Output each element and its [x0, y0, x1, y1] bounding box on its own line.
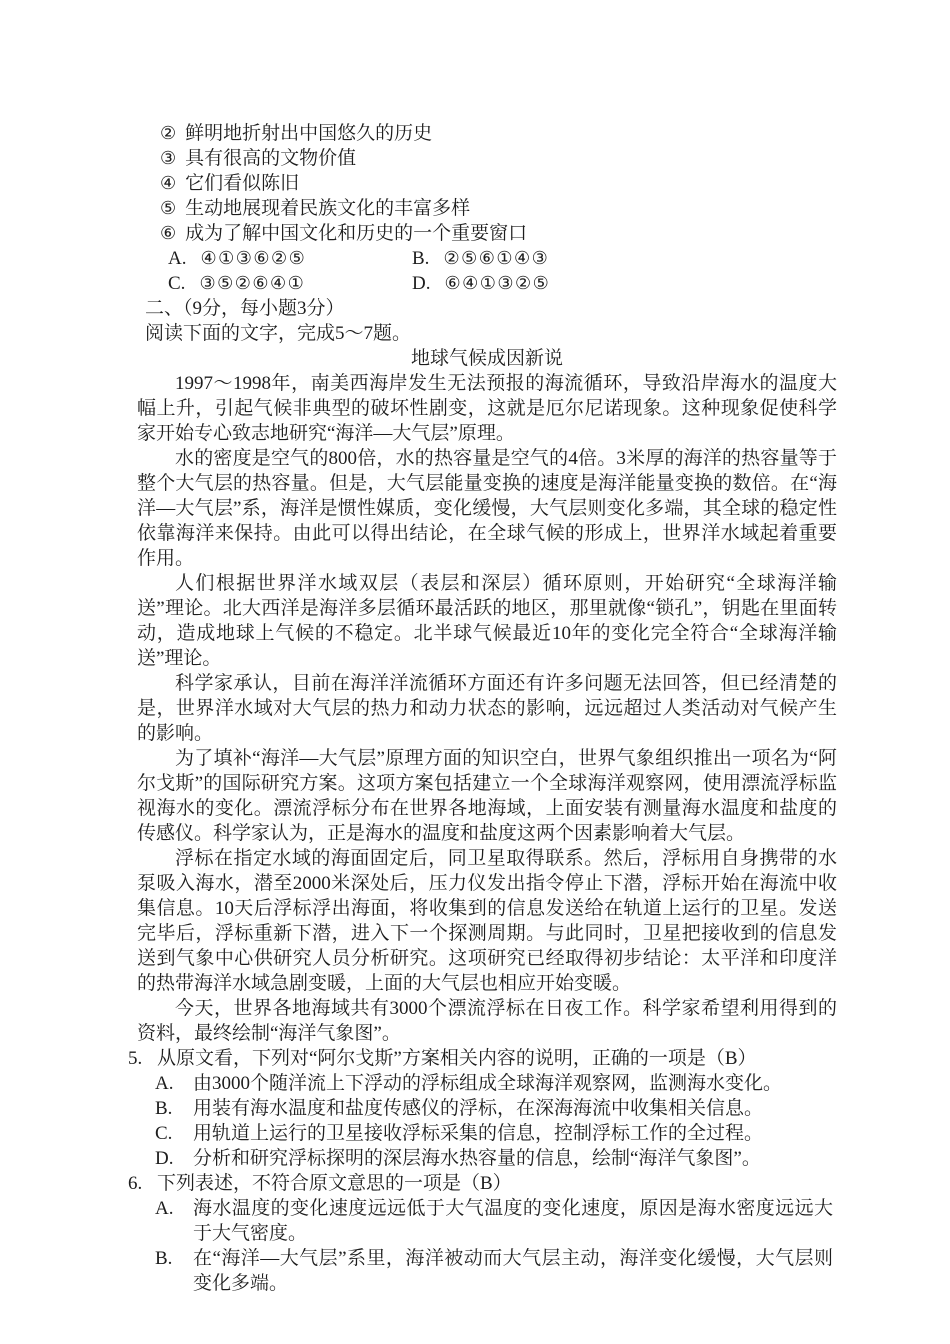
article-paragraph: 1997～1998年，南美西海岸发生无法预报的海流循环，导致沿岸海水的温度大幅上… [137, 371, 837, 446]
statement-text: 生动地展现着民族文化的丰富多样 [185, 196, 470, 221]
statement-text: 鲜明地折射出中国悠久的历史 [185, 121, 432, 146]
option-text: 用轨道上运行的卫星接收浮标采集的信息，控制浮标工作的全过程。 [193, 1121, 833, 1146]
question5-option-a: A. 由3000个随洋流上下浮动的浮标组成全球海洋观察网，监测海水变化。 [155, 1071, 833, 1096]
article-title: 地球气候成因新说 [137, 346, 837, 371]
circled-number-marker: ⑥ [160, 221, 176, 246]
option-sequence: ②⑤⑥①④③ [443, 246, 549, 271]
question-number: 5. [128, 1046, 157, 1071]
option-sequence: ⑥④①③②⑤ [444, 271, 550, 296]
question6-stem: 6. 下列表述，不符合原文意思的一项是（B） [128, 1171, 950, 1196]
article-paragraph: 浮标在指定水域的海面固定后，同卫星取得联系。然后，浮标用自身携带的水泵吸入海水，… [137, 846, 837, 996]
option-a: A. ④①③⑥②⑤ [168, 246, 412, 271]
question6-option-b: B. 在“海洋—大气层”系里，海洋被动而大气层主动，海洋变化缓慢，大气层则变化多… [155, 1246, 833, 1296]
section-heading: 二、（9分，每小题3分） [145, 296, 950, 321]
option-label: A. [155, 1071, 193, 1096]
circled-number-marker: ③ [160, 146, 176, 171]
option-label: B. [155, 1246, 193, 1271]
statement-text: 它们看似陈旧 [185, 171, 299, 196]
option-sequence: ④①③⑥②⑤ [200, 246, 306, 271]
option-label: A. [155, 1196, 193, 1221]
question5-option-c: C. 用轨道上运行的卫星接收浮标采集的信息，控制浮标工作的全过程。 [155, 1121, 833, 1146]
reading-instruction: 阅读下面的文字，完成5～7题。 [145, 321, 950, 346]
document-page: ② 鲜明地折射出中国悠久的历史 ③ 具有很高的文物价值 ④ 它们看似陈旧 ⑤ 生… [0, 0, 950, 1344]
option-label: B. [412, 246, 429, 271]
article-paragraph: 科学家承认，目前在海洋洋流循环方面还有许多问题无法回答，但已经清楚的是，世界洋水… [137, 671, 837, 746]
circled-number-marker: ④ [160, 171, 176, 196]
question-stem-text: 从原文看，下列对“阿尔戈斯”方案相关内容的说明，正确的一项是（B） [157, 1046, 757, 1071]
question-number: 6. [128, 1171, 157, 1196]
question4-options: A. ④①③⑥②⑤ B. ②⑤⑥①④③ C. ③⑤②⑥④① D. ⑥④①③②⑤ [168, 246, 950, 296]
option-label: C. [168, 271, 185, 296]
statement-item: ⑤ 生动地展现着民族文化的丰富多样 [160, 196, 950, 221]
option-label: A. [168, 246, 186, 271]
question4-statement-list: ② 鲜明地折射出中国悠久的历史 ③ 具有很高的文物价值 ④ 它们看似陈旧 ⑤ 生… [160, 121, 950, 246]
option-row: A. ④①③⑥②⑤ B. ②⑤⑥①④③ [168, 246, 950, 271]
option-text: 海水温度的变化速度远远低于大气温度的变化速度，原因是海水密度远远大于大气密度。 [193, 1196, 833, 1246]
option-label: C. [155, 1121, 193, 1146]
option-label: B. [155, 1096, 193, 1121]
statement-item: ⑥ 成为了解中国文化和历史的一个重要窗口 [160, 221, 950, 246]
question5-option-d: D. 分析和研究浮标探明的深层海水热容量的信息，绘制“海洋气象图”。 [155, 1146, 833, 1171]
statement-text: 具有很高的文物价值 [185, 146, 356, 171]
option-text: 分析和研究浮标探明的深层海水热容量的信息，绘制“海洋气象图”。 [193, 1146, 833, 1171]
question6-option-a: A. 海水温度的变化速度远远低于大气温度的变化速度，原因是海水密度远远大于大气密… [155, 1196, 833, 1246]
circled-number-marker: ② [160, 121, 176, 146]
option-text: 在“海洋—大气层”系里，海洋被动而大气层主动，海洋变化缓慢，大气层则变化多端。 [193, 1246, 833, 1296]
statement-item: ② 鲜明地折射出中国悠久的历史 [160, 121, 950, 146]
option-text: 由3000个随洋流上下浮动的浮标组成全球海洋观察网，监测海水变化。 [193, 1071, 833, 1096]
article-paragraph: 水的密度是空气的800倍，水的热容量是空气的4倍。3米厚的海洋的热容量等于整个大… [137, 446, 837, 571]
option-d: D. ⑥④①③②⑤ [412, 271, 550, 296]
question-stem-text: 下列表述，不符合原文意思的一项是（B） [157, 1171, 512, 1196]
question5-option-b: B. 用装有海水温度和盐度传感仪的浮标，在深海海流中收集相关信息。 [155, 1096, 833, 1121]
option-text: 用装有海水温度和盐度传感仪的浮标，在深海海流中收集相关信息。 [193, 1096, 833, 1121]
article-paragraph: 为了填补“海洋—大气层”原理方面的知识空白，世界气象组织推出一项名为“阿尔戈斯”… [137, 746, 837, 846]
statement-item: ④ 它们看似陈旧 [160, 171, 950, 196]
option-b: B. ②⑤⑥①④③ [412, 246, 549, 271]
statement-text: 成为了解中国文化和历史的一个重要窗口 [185, 221, 527, 246]
option-sequence: ③⑤②⑥④① [199, 271, 305, 296]
article-paragraph: 人们根据世界洋水域双层（表层和深层）循环原则，开始研究“全球海洋输送”理论。北大… [137, 571, 837, 671]
option-row: C. ③⑤②⑥④① D. ⑥④①③②⑤ [168, 271, 950, 296]
option-label: D. [412, 271, 430, 296]
statement-item: ③ 具有很高的文物价值 [160, 146, 950, 171]
question5-stem: 5. 从原文看，下列对“阿尔戈斯”方案相关内容的说明，正确的一项是（B） [128, 1046, 950, 1071]
option-label: D. [155, 1146, 193, 1171]
option-c: C. ③⑤②⑥④① [168, 271, 412, 296]
circled-number-marker: ⑤ [160, 196, 176, 221]
article-paragraph: 今天，世界各地海域共有3000个漂流浮标在日夜工作。科学家希望利用得到的资料，最… [137, 996, 837, 1046]
